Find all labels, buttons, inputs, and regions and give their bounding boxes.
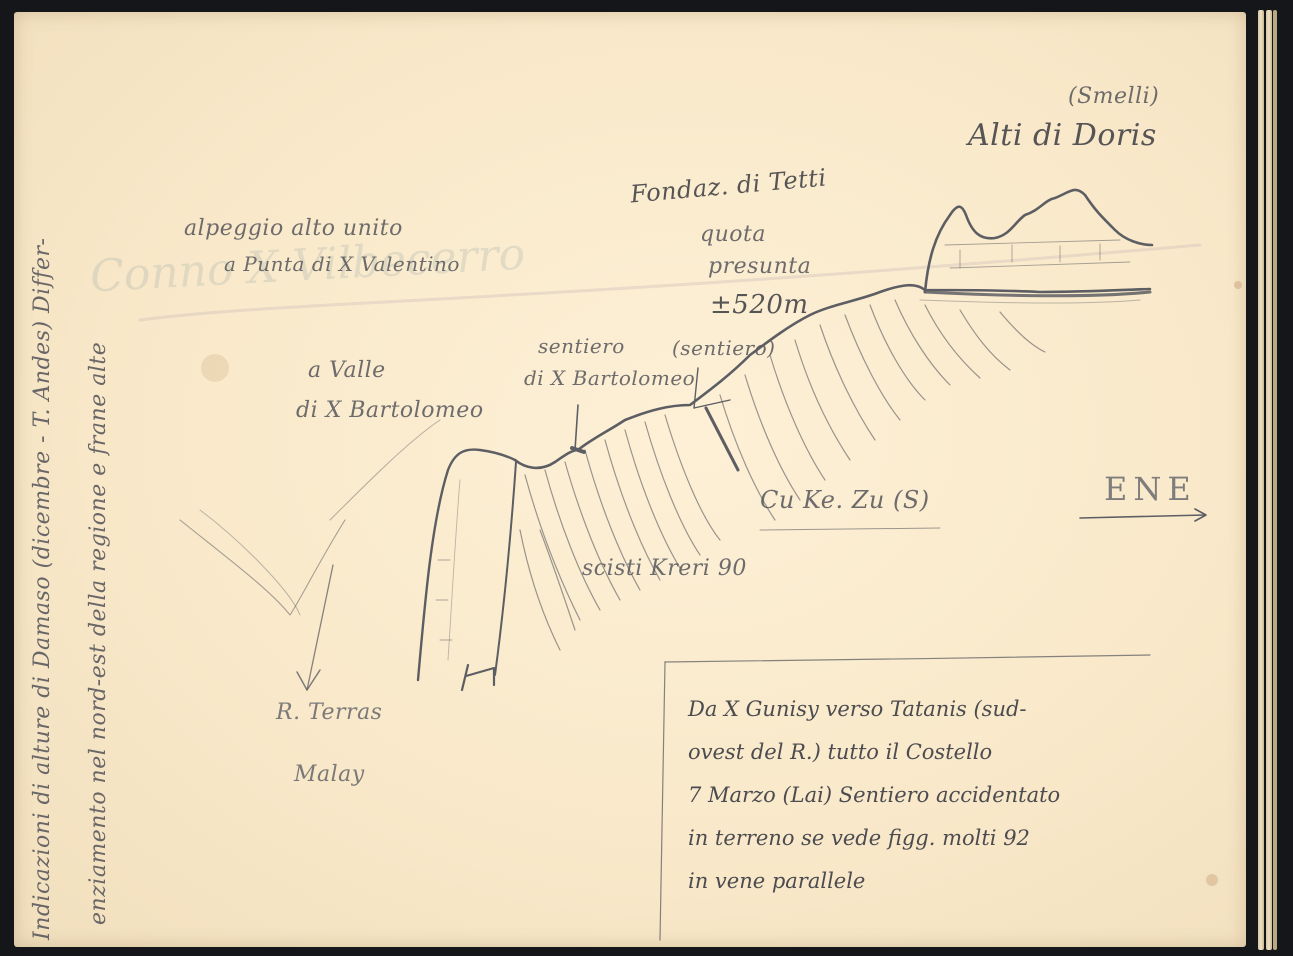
field-note-line: Da X Gunisy verso Tatanis (sud-: [688, 688, 1228, 731]
label-direction-ene: ENE: [1104, 470, 1197, 508]
label-a-valle: a Valle: [308, 358, 386, 383]
label-river-2: Malay: [294, 762, 365, 787]
margin-note-line1: Indicazioni di alture di Damaso (dicembr…: [30, 238, 55, 941]
margin-note-line2: enziamento nel nord-est della regione e …: [86, 342, 111, 925]
label-elevation-value: ±520m: [710, 290, 809, 320]
label-punta-valentino: a Punta di X Valentino: [224, 252, 460, 276]
label-sentiero-paren: (sentiero): [672, 336, 775, 360]
label-alpeggio: alpeggio alto unito: [184, 216, 403, 241]
field-note-line: in vene parallele: [688, 860, 1228, 903]
field-note-block: Da X Gunisy verso Tatanis (sud- ovest de…: [688, 688, 1228, 903]
label-river: R. Terras: [276, 700, 382, 725]
label-mountain-name: Alti di Doris: [968, 118, 1157, 153]
label-paren-top-right: (Smelli): [1068, 84, 1159, 109]
label-elevation-quota: quota: [700, 222, 766, 247]
field-note-line: 7 Marzo (Lai) Sentiero accidentato: [688, 774, 1228, 817]
field-note-line: ovest del R.) tutto il Costello: [688, 731, 1228, 774]
label-cliff: Cu Ke. Zu (S): [760, 486, 930, 514]
label-sentiero-bartolomeo: di X Bartolomeo: [524, 366, 695, 390]
label-sentiero: sentiero: [538, 334, 625, 358]
label-bartolomeo: di X Bartolomeo: [296, 398, 484, 423]
label-slope: scisti Kreri 90: [582, 556, 747, 581]
label-elevation-presunta: presunta: [708, 254, 811, 279]
field-note-line: in terreno se vede figg. molti 92: [688, 817, 1228, 860]
